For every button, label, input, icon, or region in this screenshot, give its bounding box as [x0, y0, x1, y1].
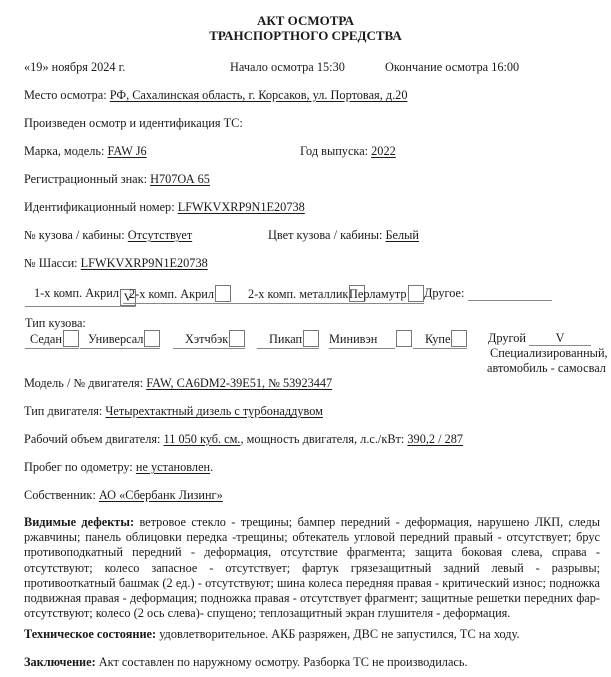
owner-label: Собственник:: [24, 488, 96, 502]
engine-power-label: , мощность двигателя, л.с./кВт:: [240, 432, 404, 446]
engine-model-value: FAW, CA6DM2-39E51, № 53923447: [146, 376, 332, 390]
tech-state-row: Техническое состояние: удовлетворительно…: [24, 627, 520, 642]
paint-option-label: 2-х комп. Акрил: [129, 286, 214, 303]
reg-plate-value: Н707ОА 65: [150, 172, 210, 186]
body-type-option-label: Универсал: [88, 331, 143, 348]
place-label: Место осмотра:: [24, 88, 107, 102]
engine-model-row: Модель / № двигателя: FAW, CA6DM2-39E51,…: [24, 376, 332, 391]
engine-type-row: Тип двигателя: Четырехтактный дизель с т…: [24, 404, 323, 419]
checkbox[interactable]: [408, 285, 424, 302]
chassis-label: № Шасси:: [24, 256, 78, 270]
inspection-note: Произведен осмотр и идентификация ТС:: [24, 116, 243, 131]
engine-model-label: Модель / № двигателя:: [24, 376, 143, 390]
inspection-start: Начало осмотра 15:30: [230, 60, 345, 75]
paint-option-2[interactable]: 2-х комп. Акрил: [123, 285, 231, 304]
mileage-label: Пробег по одометру:: [24, 460, 133, 474]
body-color-row: Цвет кузова / кабины: Белый: [268, 228, 419, 243]
paint-option-label: 1-х комп. Акрил: [34, 285, 119, 302]
make-model-label: Марка, модель:: [24, 144, 104, 158]
chassis-row: № Шасси: LFWKVXRP9N1E20738: [24, 256, 208, 271]
body-type-other-label: Другой: [488, 331, 526, 345]
paint-option-label: Перламутр: [349, 286, 407, 303]
year-value: 2022: [371, 144, 396, 158]
paint-option-4[interactable]: Перламутр: [346, 285, 424, 304]
body-no-value: Отсутствует: [128, 228, 192, 242]
reg-plate-row: Регистрационный знак: Н707ОА 65: [24, 172, 210, 187]
checkbox[interactable]: [144, 330, 160, 347]
tech-state-text: удовлетворительное. АКБ разряжен, ДВС не…: [159, 627, 519, 641]
place-row: Место осмотра: РФ, Сахалинская область, …: [24, 88, 407, 103]
make-model-value: FAW J6: [107, 144, 146, 158]
inspection-date: «19» ноября 2024 г.: [24, 60, 125, 75]
make-model-row: Марка, модель: FAW J6: [24, 144, 147, 159]
vin-value: LFWKVXRP9N1E20738: [178, 200, 305, 214]
checkbox[interactable]: [303, 330, 319, 347]
body-color-value: Белый: [386, 228, 420, 242]
body-type-option-label: Минивэн: [329, 331, 395, 349]
body-type-other-field[interactable]: V: [529, 331, 591, 346]
conclusion-text: Акт составлен по наружному осмотру. Разб…: [99, 655, 468, 669]
body-no-row: № кузова / кабины: Отсутствует: [24, 228, 192, 243]
body-type-option-label: Седан: [30, 331, 62, 348]
end-label: Окончание осмотра: [385, 60, 488, 74]
paint-other-field[interactable]: [468, 286, 552, 301]
defects-text: ветровое стекло - трещины; бампер передн…: [24, 515, 600, 620]
mileage-suffix: .: [210, 460, 213, 474]
chassis-value: LFWKVXRP9N1E20738: [81, 256, 208, 270]
engine-type-label: Тип двигателя:: [24, 404, 102, 418]
doc-title-line1: АКТ ОСМОТРА: [0, 13, 611, 29]
doc-title-line2: ТРАНСПОРТНОГО СРЕДСТВА: [0, 28, 611, 44]
start-label: Начало осмотра: [230, 60, 314, 74]
paint-other: Другое:: [424, 286, 552, 301]
mileage-value: не установлен: [136, 460, 210, 474]
end-time: 16:00: [491, 60, 519, 74]
inspection-end: Окончание осмотра 16:00: [385, 60, 519, 75]
engine-volume-label: Рабочий объем двигателя:: [24, 432, 160, 446]
checkbox[interactable]: [63, 330, 79, 347]
body-type-option-label: Хэтчбэк: [185, 331, 228, 348]
body-type-other: Другой V: [488, 331, 591, 346]
vin-row: Идентификационный номер: LFWKVXRP9N1E207…: [24, 200, 305, 215]
body-type-pickup[interactable]: Пикап: [257, 330, 319, 349]
body-color-label: Цвет кузова / кабины:: [268, 228, 382, 242]
body-type-hatchback[interactable]: Хэтчбэк: [173, 330, 245, 349]
engine-volume-row: Рабочий объем двигателя: 11 050 куб. см.…: [24, 432, 463, 447]
paint-option-label: 2-х комп. металлик: [248, 286, 348, 303]
body-type-coupe[interactable]: Купе: [413, 330, 467, 349]
body-type-minivan[interactable]: Минивэн: [326, 330, 412, 349]
body-no-label: № кузова / кабины:: [24, 228, 125, 242]
body-type-sedan[interactable]: Седан: [25, 330, 79, 349]
owner-value: АО «Сбербанк Лизинг»: [99, 488, 223, 502]
checkbox[interactable]: [396, 330, 412, 347]
engine-type-value: Четырехтактный дизель с турбонаддувом: [105, 404, 323, 418]
vin-label: Идентификационный номер:: [24, 200, 175, 214]
defects-paragraph: Видимые дефекты: ветровое стекло - трещи…: [24, 515, 600, 621]
checkbox[interactable]: [229, 330, 245, 347]
paint-option-3[interactable]: 2-х комп. металлик: [228, 285, 365, 304]
body-type-other-text1: Специализированный,: [490, 346, 608, 361]
tech-state-label: Техническое состояние:: [24, 627, 156, 641]
engine-volume-value: 11 050 куб. см.: [164, 432, 241, 446]
body-type-wagon[interactable]: Универсал: [80, 330, 160, 349]
body-type-option-label: Пикап: [269, 331, 302, 348]
engine-power-value: 390,2 / 287: [407, 432, 463, 446]
checkbox[interactable]: [451, 330, 467, 347]
body-type-other-text2: автомобиль - самосвал: [487, 361, 606, 376]
start-time: 15:30: [317, 60, 345, 74]
reg-plate-label: Регистрационный знак:: [24, 172, 147, 186]
mileage-row: Пробег по одометру: не установлен.: [24, 460, 213, 475]
conclusion-label: Заключение:: [24, 655, 96, 669]
body-type-label: Тип кузова:: [25, 316, 86, 331]
paint-other-label: Другое:: [424, 286, 464, 300]
year-row: Год выпуска: 2022: [300, 144, 396, 159]
place-value: РФ, Сахалинская область, г. Корсаков, ул…: [110, 88, 408, 102]
owner-row: Собственник: АО «Сбербанк Лизинг»: [24, 488, 223, 503]
conclusion-row: Заключение: Акт составлен по наружному о…: [24, 655, 468, 670]
defects-label: Видимые дефекты:: [24, 515, 134, 529]
body-type-option-label: Купе: [425, 331, 450, 348]
year-label: Год выпуска:: [300, 144, 368, 158]
paint-option-1[interactable]: 1-х комп. АкрилV: [25, 285, 136, 307]
